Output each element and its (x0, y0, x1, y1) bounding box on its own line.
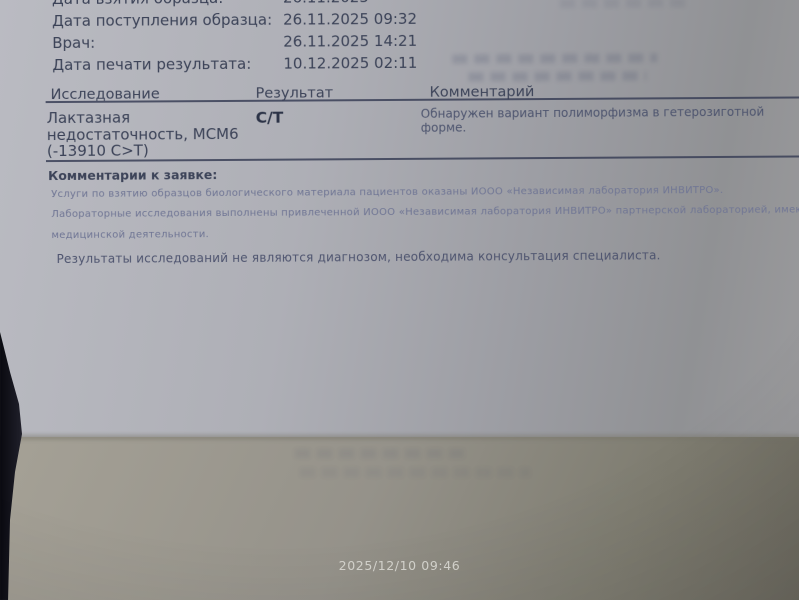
meta-value: 10.12.2025 02:11 (283, 54, 417, 73)
ghost-showthrough-text (300, 468, 530, 477)
meta-label: Врач: (52, 33, 283, 52)
paper-sheet-lower (0, 437, 799, 600)
lab-report-document: Дата взятия образца: 26.11.2025 Дата пос… (0, 0, 799, 440)
lab-report-photo: Дата взятия образца: 26.11.2025 Дата пос… (0, 0, 799, 600)
meta-value: 26.11.2025 09:32 (283, 10, 417, 29)
ghost-showthrough-text (452, 53, 657, 63)
meta-label: Дата взятия образца: (52, 0, 283, 8)
request-comment-paragraph: Услуги по взятию образцов биологического… (51, 185, 723, 200)
meta-value: 26.11.2025 (283, 0, 369, 7)
camera-timestamp: 2025/12/10 09:46 (0, 558, 799, 573)
result-comment-cell: Обнаружен вариант полиморфизма в гетероз… (421, 105, 781, 135)
test-name-cell: Лактазная недостаточность, MCM6 (-13910 … (47, 109, 282, 160)
result-value-cell: C/T (256, 109, 284, 127)
meta-row-print-date: Дата печати результата: 10.12.2025 02:11 (52, 54, 417, 74)
ghost-showthrough-text (560, 0, 690, 8)
meta-label: Дата печати результата: (52, 55, 283, 74)
meta-label: Дата поступления образца: (52, 11, 283, 30)
disclaimer-text: Результаты исследований не являются диаг… (57, 248, 661, 266)
meta-value: 26.11.2025 14:21 (283, 32, 417, 51)
ghost-showthrough-text (295, 449, 465, 458)
ghost-showthrough-text (468, 71, 646, 81)
meta-row-sample-received: Дата поступления образца: 26.11.2025 09:… (52, 10, 417, 30)
request-comment-paragraph: Лабораторные исследования выполнены прив… (51, 203, 799, 220)
request-comment-paragraph: медицинской деятельности. (51, 229, 209, 241)
meta-row-doctor: Врач: 26.11.2025 14:21 (52, 32, 417, 52)
request-comments-heading: Комментарии к заявке: (48, 167, 217, 183)
meta-row-sample-taken: Дата взятия образца: 26.11.2025 (52, 0, 369, 8)
